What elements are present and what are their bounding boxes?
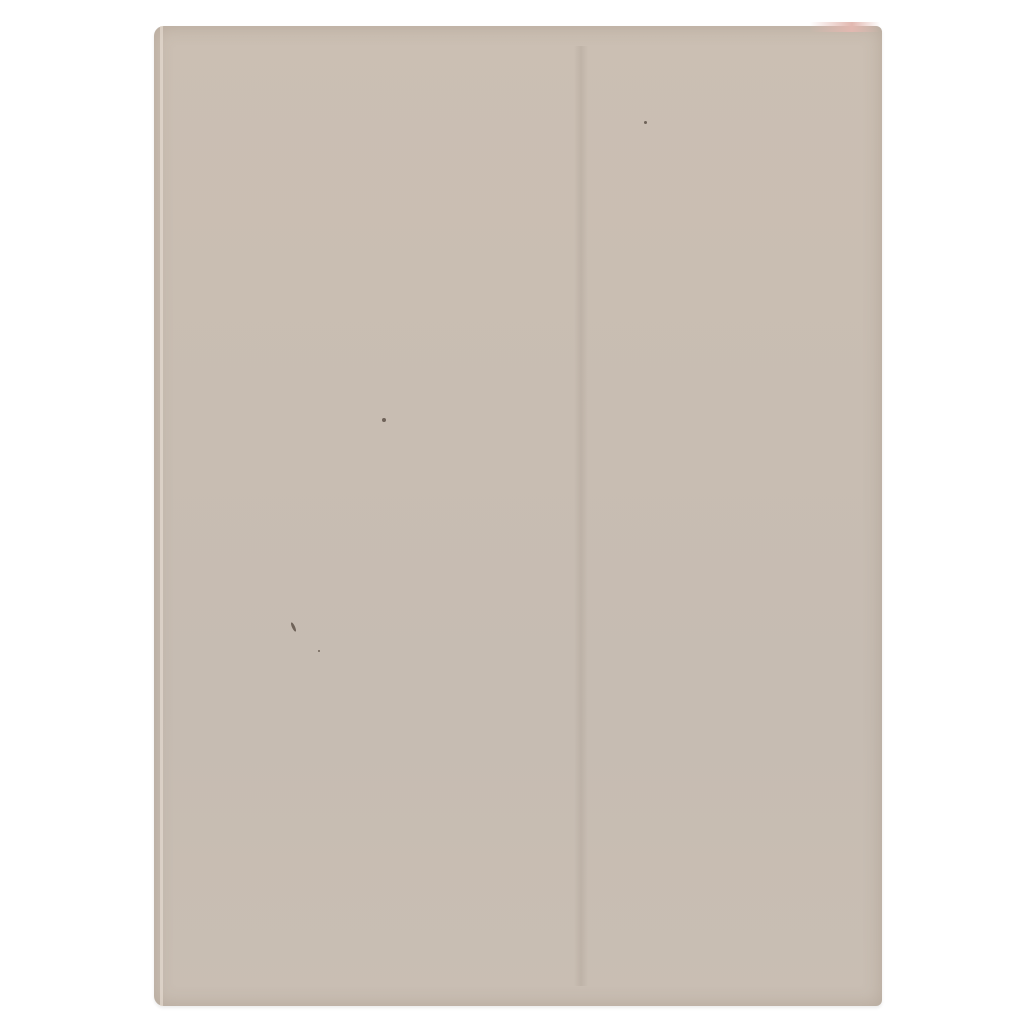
speck [382, 418, 386, 422]
speck [290, 622, 297, 632]
center-fold [574, 46, 588, 986]
speck [644, 121, 647, 124]
paper-sheet [154, 26, 882, 1006]
worn-corner [810, 22, 880, 32]
speck [318, 650, 320, 652]
